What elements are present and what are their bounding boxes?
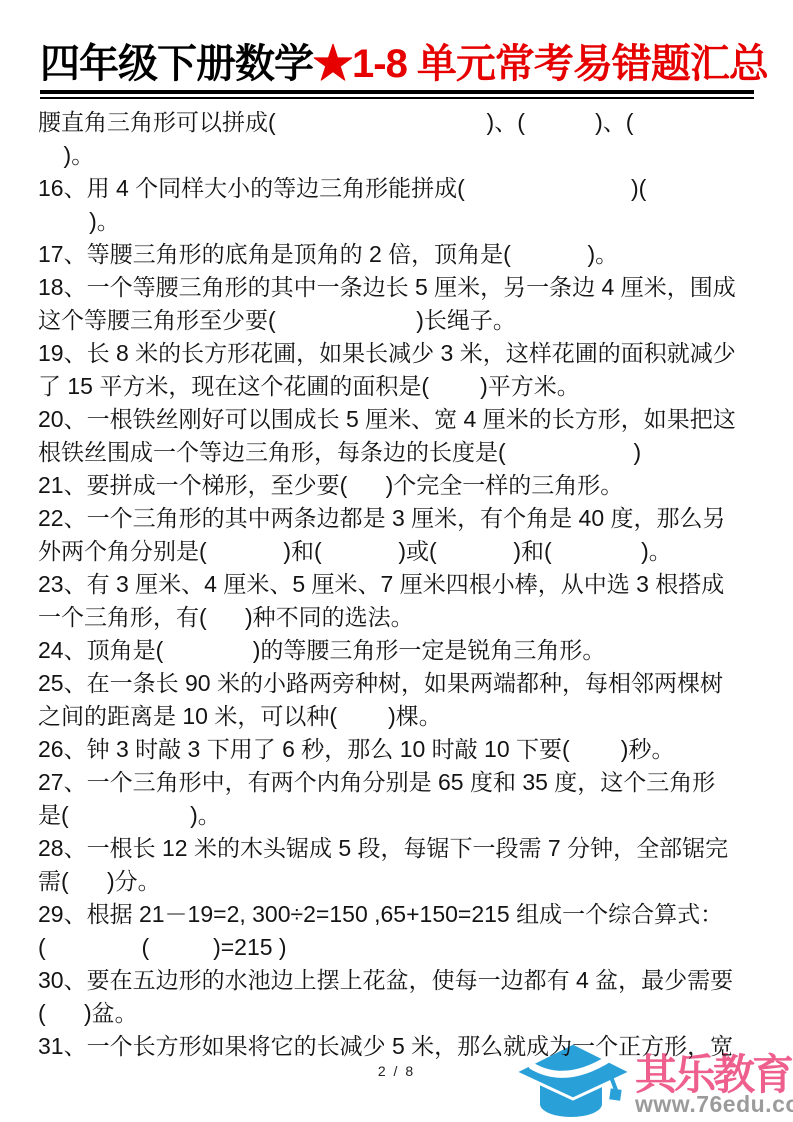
question-line: ( )盆。 <box>38 997 764 1030</box>
question-line: 25、在一条长 90 米的小路两旁种树，如果两端都种，每相邻两棵树 <box>38 667 764 700</box>
question-line: 30、要在五边形的水池边上摆上花盆，使每一边都有 4 盆，最少需要 <box>38 964 764 997</box>
question-line: )。 <box>38 139 764 172</box>
question-line: 24、顶角是( )的等腰三角形一定是锐角三角形。 <box>38 634 764 667</box>
question-line: ( ( )=215 ) <box>38 931 764 964</box>
question-line: 18、一个等腰三角形的其中一条边长 5 厘米，另一条边 4 厘米，围成 <box>38 271 764 304</box>
question-line: 腰直角三角形可以拼成( )、( )、( <box>38 106 764 139</box>
title-underline <box>40 90 754 99</box>
question-line: 28、一根长 12 米的木头锯成 5 段，每锯下一段需 7 分钟，全部锯完 <box>38 832 764 865</box>
question-line: 了 15 平方米，现在这个花圃的面积是( )平方米。 <box>38 370 764 403</box>
page-title-red: ★1-8 单元常考易错题汇总 <box>313 42 768 86</box>
question-line: 是( )。 <box>38 799 764 832</box>
page-title-black: 四年级下册数学 <box>40 42 313 86</box>
question-line: 20、一根铁丝刚好可以围成长 5 厘米、宽 4 厘米的长方形，如果把这 <box>38 403 764 436</box>
title-block: 四年级下册数学★1-8 单元常考易错题汇总 <box>40 40 754 99</box>
worksheet-page: 四年级下册数学★1-8 单元常考易错题汇总 腰直角三角形可以拼成( )、( )、… <box>0 0 793 1122</box>
question-line: 外两个角分别是( )和( )或( )和( )。 <box>38 535 764 568</box>
question-line: 26、钟 3 时敲 3 下用了 6 秒，那么 10 时敲 10 下要( )秒。 <box>38 733 764 766</box>
watermark-url-text: www.76edu.com <box>635 1091 793 1118</box>
question-line: 根铁丝围成一个等边三角形，每条边的长度是( ) <box>38 436 764 469</box>
question-lines: 腰直角三角形可以拼成( )、( )、( )。16、用 4 个同样大小的等边三角形… <box>38 106 764 1063</box>
question-line: 27、一个三角形中，有两个内角分别是 65 度和 35 度，这个三角形 <box>38 766 764 799</box>
question-line: 23、有 3 厘米、4 厘米、5 厘米、7 厘米四根小棒，从中选 3 根搭成 <box>38 568 764 601</box>
question-line: 21、要拼成一个梯形，至少要( )个完全一样的三角形。 <box>38 469 764 502</box>
page-title: 四年级下册数学★1-8 单元常考易错题汇总 <box>40 40 754 88</box>
question-line: 需( )分。 <box>38 865 764 898</box>
question-line: 16、用 4 个同样大小的等边三角形能拼成( )( <box>38 172 764 205</box>
question-line: 22、一个三角形的其中两条边都是 3 厘米，有个角是 40 度，那么另 <box>38 502 764 535</box>
question-line: 之间的距离是 10 米，可以种( )棵。 <box>38 700 764 733</box>
question-line: )。 <box>38 205 764 238</box>
question-line: 一个三角形，有( )种不同的选法。 <box>38 601 764 634</box>
question-line: 17、等腰三角形的底角是顶角的 2 倍，顶角是( )。 <box>38 238 764 271</box>
question-line: 29、根据 21－19=2, 300÷2=150 ,65+150=215 组成一… <box>38 898 764 931</box>
page-number: 2 / 8 <box>0 1063 793 1079</box>
question-line: 31、一个长方形如果将它的长减少 5 米，那么就成为一个正方形，宽 <box>38 1030 764 1063</box>
question-line: 19、长 8 米的长方形花圃，如果长减少 3 米，这样花圃的面积就减少 <box>38 337 764 370</box>
question-line: 这个等腰三角形至少要( )长绳子。 <box>38 304 764 337</box>
